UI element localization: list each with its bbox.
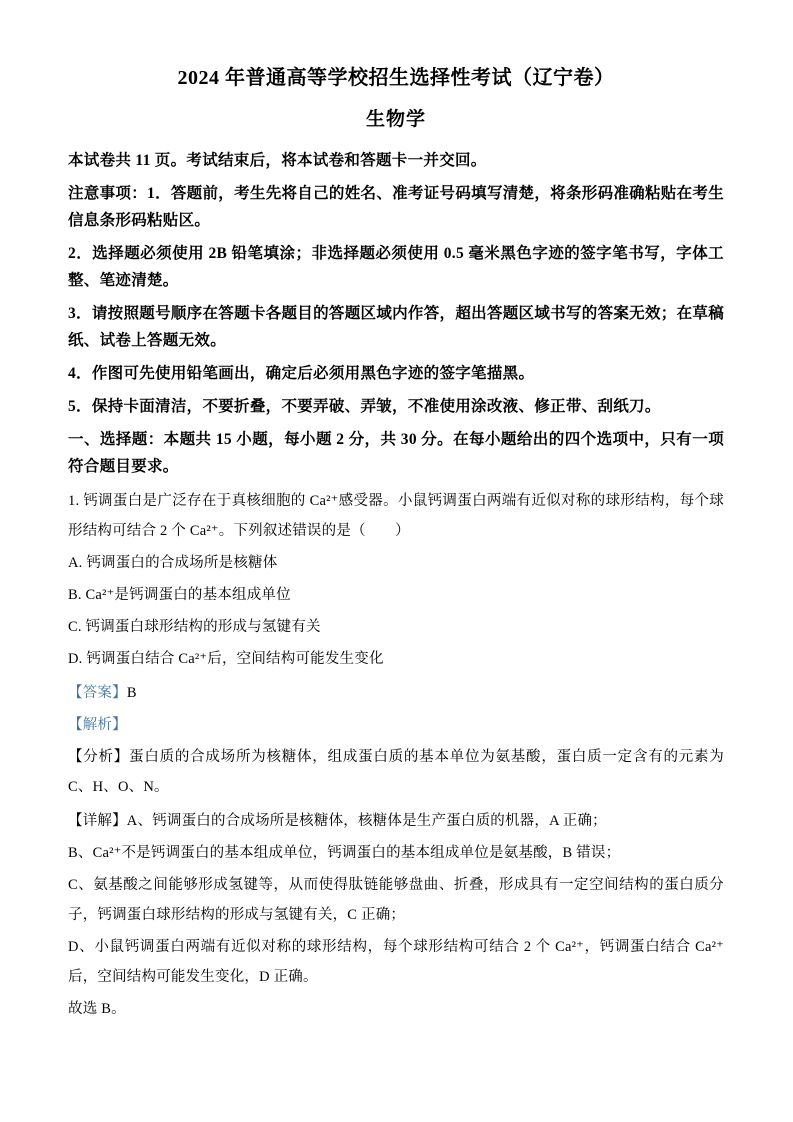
explanation-paragraph-a: 【详解】A、钙调蛋白的合成场所是核糖体，核糖体是生产蛋白质的机器，A 正确； xyxy=(68,806,724,836)
section-heading-multiple-choice: 一、选择题：本题共 15 小题，每小题 2 分，共 30 分。在每小题给出的四个… xyxy=(68,426,724,480)
exam-title: 2024 年普通高等学校招生选择性考试（辽宁卷） xyxy=(68,64,724,92)
instruction-notice-3: 3．请按照题号顺序在答题卡各题目的答题区域内作答，超出答题区域书写的答案无效；在… xyxy=(68,300,724,354)
instruction-notice-5: 5．保持卡面清洁，不要折叠，不要弄破、弄皱，不准使用涂改液、修正带、刮纸刀。 xyxy=(68,393,724,420)
explanation-paragraph-d: D、小鼠钙调蛋白两端有近似对称的球形结构，每个球形结构可结合 2 个 Ca²⁺，… xyxy=(68,932,724,992)
answer-label: 【答案】 xyxy=(68,685,127,701)
explanation-paragraph-b: B、Ca²⁺不是钙调蛋白的基本组成单位，钙调蛋白的基本组成单位是氨基酸，B 错误… xyxy=(68,838,724,868)
answer-value: B xyxy=(127,685,137,701)
exam-document-page: 2024 年普通高等学校招生选择性考试（辽宁卷） 生物学 本试卷共 11 页。考… xyxy=(0,0,793,1122)
question-option-c: C. 钙调蛋白球形结构的形成与氢键有关 xyxy=(68,612,724,642)
instruction-notice-4: 4．作图可先使用铅笔画出，确定后必须用黑色字迹的签字笔描黑。 xyxy=(68,360,724,387)
question-stem: 1. 钙调蛋白是广泛存在于真核细胞的 Ca²⁺感受器。小鼠钙调蛋白两端有近似对称… xyxy=(68,486,724,546)
instruction-pages-return: 本试卷共 11 页。考试结束后，将本试卷和答题卡一并交回。 xyxy=(68,147,724,174)
answer-line: 【答案】B xyxy=(68,678,724,708)
exam-subject-title: 生物学 xyxy=(68,107,724,133)
conclusion-line: 故选 B。 xyxy=(68,994,724,1024)
question-option-b: B. Ca²⁺是钙调蛋白的基本组成单位 xyxy=(68,580,724,610)
analysis-section-label: 【解析】 xyxy=(68,710,724,740)
explanation-paragraph-c: C、氨基酸之间能够形成氢键等，从而使得肽链能够盘曲、折叠，形成具有一定空间结构的… xyxy=(68,870,724,930)
document-header: 2024 年普通高等学校招生选择性考试（辽宁卷） 生物学 xyxy=(68,64,724,133)
analysis-paragraph: 【分析】蛋白质的合成场所为核糖体，组成蛋白质的基本单位为氨基酸，蛋白质一定含有的… xyxy=(68,742,724,802)
question-option-a: A. 钙调蛋白的合成场所是核糖体 xyxy=(68,548,724,578)
question-1-block: 1. 钙调蛋白是广泛存在于真核细胞的 Ca²⁺感受器。小鼠钙调蛋白两端有近似对称… xyxy=(68,486,724,1024)
instruction-notice-2: 2．选择题必须使用 2B 铅笔填涂；非选择题必须使用 0.5 毫米黑色字迹的签字… xyxy=(68,240,724,294)
instruction-notice-1: 注意事项：1．答题前，考生先将自己的姓名、准考证号码填写清楚，将条形码准确粘贴在… xyxy=(68,180,724,234)
exam-instructions: 本试卷共 11 页。考试结束后，将本试卷和答题卡一并交回。 注意事项：1．答题前… xyxy=(68,147,724,420)
question-option-d: D. 钙调蛋白结合 Ca²⁺后，空间结构可能发生变化 xyxy=(68,644,724,674)
